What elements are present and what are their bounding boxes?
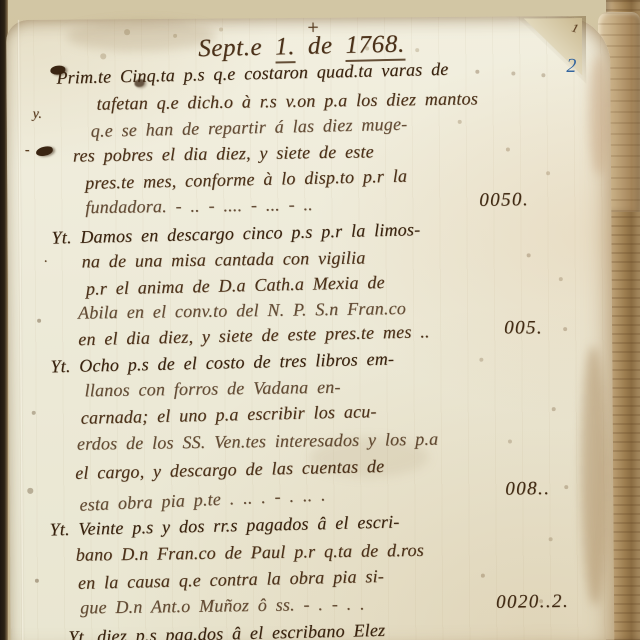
handwritten-line: erdos de los SS. Ven.tes interesados y l…	[77, 430, 439, 453]
scanned-manuscript-photo: + Sept.e 1. de 1768. 1 2 y. - · Prim.te …	[0, 0, 640, 640]
handwritten-line: gue D.n Ant.o Muñoz ô ss. - . - . .	[80, 595, 365, 617]
handwritten-line: pres.te mes, conforme à lo disp.to p.r l…	[85, 167, 407, 192]
handwritten-line: en el dia diez, y siete de este pres.te …	[78, 322, 430, 348]
margin-mark: ·	[44, 256, 48, 270]
manuscript-page: + Sept.e 1. de 1768. 1 2 y. - · Prim.te …	[6, 16, 614, 640]
handwritten-line: Yt. Veinte p.s y dos rr.s pagados â el e…	[49, 513, 399, 539]
handwritten-line: na de una misa cantada con vigilia	[82, 249, 366, 271]
handwritten-line: esta obra pia p.te . .. . - . .. .	[79, 485, 326, 513]
bleed-through	[66, 21, 216, 52]
handwritten-line: p.r el anima de D.a Cath.a Mexia de	[86, 273, 385, 298]
date-de: de	[308, 32, 333, 60]
date-day: 1.	[275, 33, 296, 63]
foxing-specks	[6, 20, 8, 22]
handwritten-line: tafetan q.e dich.o à r.s v.on p.a los di…	[96, 89, 478, 112]
handwritten-line: Prim.te Cinq.ta p.s q.e costaron quad.ta…	[56, 60, 448, 87]
date-month: Sept.e	[198, 34, 263, 62]
handwritten-line: q.e se han de repartir á las diez muge-	[91, 115, 408, 140]
amount-value: 0050.	[479, 190, 529, 210]
handwritten-line: bano D.n Fran.co de Paul p.r q.ta de d.r…	[76, 541, 424, 564]
amount-value: 005.	[504, 318, 543, 337]
page-number: 2	[566, 56, 576, 76]
margin-mark: y.	[33, 108, 42, 122]
handwritten-line: llanos con forros de Vadana en-	[84, 378, 340, 400]
handwritten-line: Abila en el conv.to del N. P. S.n Fran.c…	[78, 299, 406, 322]
handwritten-line: res pobres el dia diez, y siete de este	[73, 142, 374, 164]
handwritten-line: carnada; el uno p.a escribir los acu-	[81, 402, 377, 427]
handwritten-line: en la causa q.e contra la obra pia si-	[78, 567, 384, 592]
handwritten-line: Yt. Ocho p.s de el costo de tres libros …	[50, 350, 394, 376]
date-year: 1768.	[345, 31, 405, 62]
handwritten-line: el cargo, y descargo de las cuentas de	[75, 457, 385, 482]
paper-crease	[17, 20, 24, 640]
date-heading: Sept.e 1. de 1768.	[198, 32, 405, 62]
stain	[588, 56, 609, 176]
handwritten-line: Yt. diez p.s pag.dos â el escribano Elez	[68, 621, 385, 640]
margin-mark: -	[25, 144, 30, 158]
stain	[580, 346, 608, 606]
amount-value: 0020..2.	[496, 592, 569, 612]
amount-value: 008..	[505, 479, 550, 499]
handwritten-line: fundadora. - .. - .... - ... - ..	[85, 195, 313, 216]
handwritten-line: Yt. Damos en descargo cinco p.s p.r la l…	[51, 220, 420, 246]
ink-blot	[35, 146, 53, 157]
